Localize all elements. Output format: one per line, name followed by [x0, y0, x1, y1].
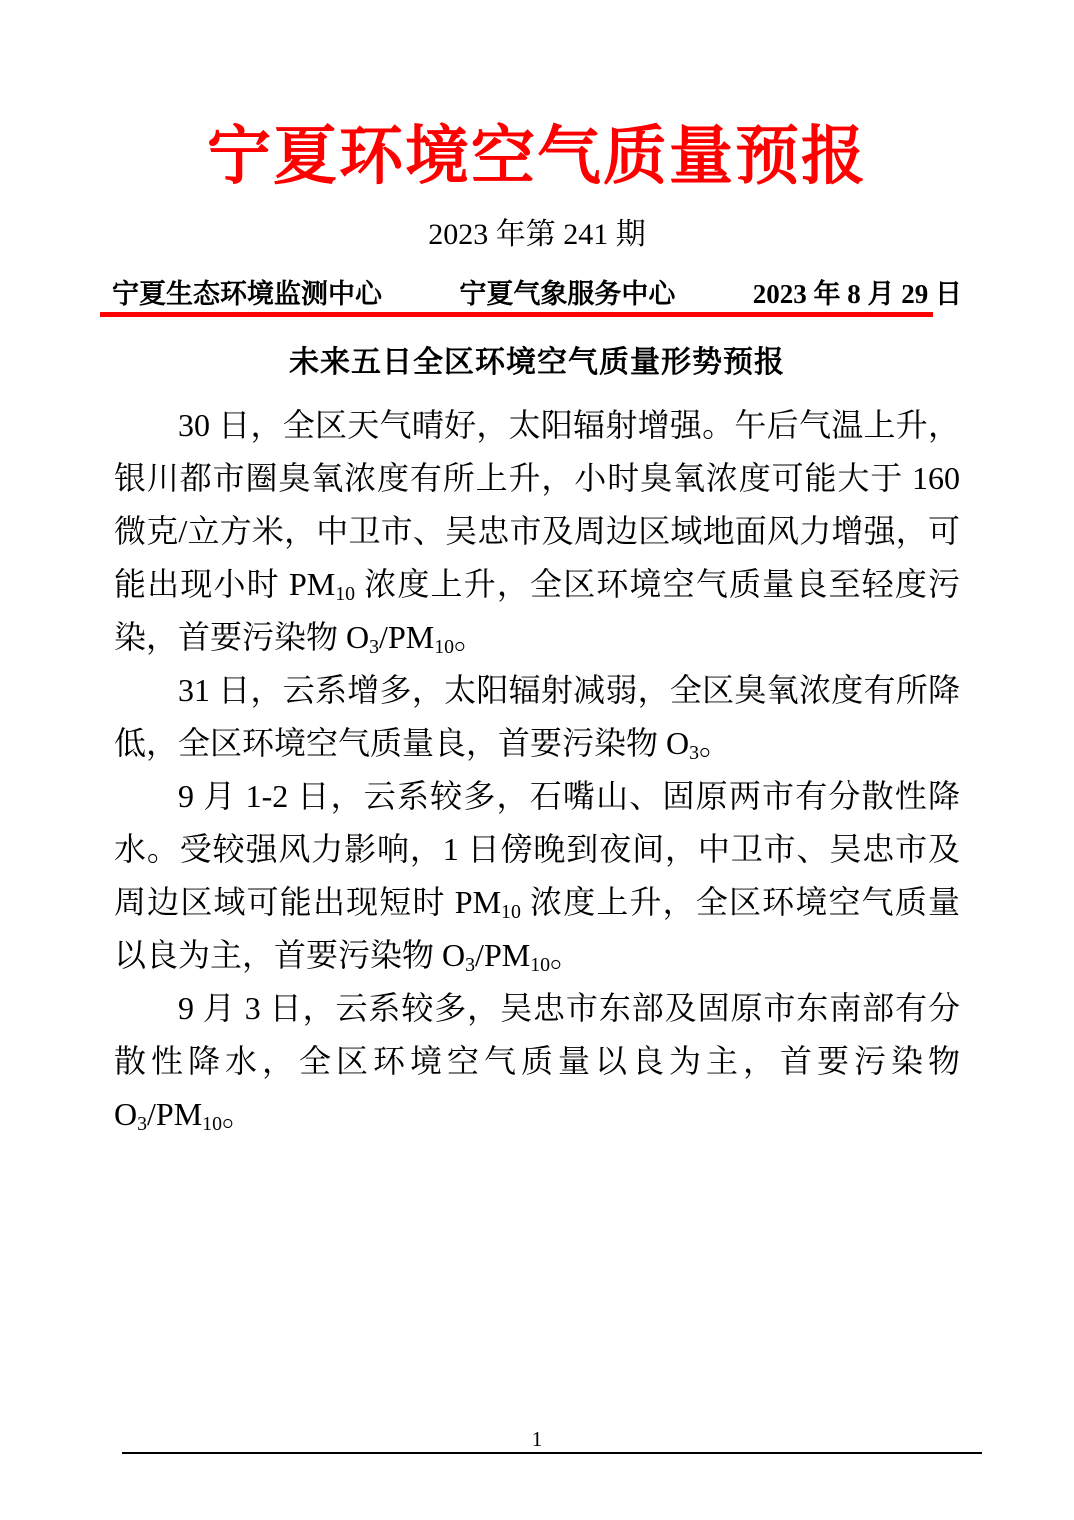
masthead-red-rule: [100, 312, 933, 317]
document-page: 宁夏环境空气质量预报 2023 年第 241 期 宁夏生态环境监测中心 宁夏气象…: [0, 0, 1074, 1520]
masthead-row: 宁夏生态环境监测中心 宁夏气象服务中心 2023 年 8 月 29 日: [112, 278, 962, 310]
document-title: 宁夏环境空气质量预报: [0, 120, 1074, 194]
body-paragraph: 30 日，全区天气晴好，太阳辐射增强。午后气温上升，银川都市圈臭氧浓度有所上升，…: [114, 399, 960, 664]
body-paragraph: 9 月 3 日，云系较多，吴忠市东部及固原市东南部有分散性降水，全区环境空气质量…: [114, 982, 960, 1141]
issuing-org-left: 宁夏生态环境监测中心: [112, 278, 382, 310]
body-paragraph: 31 日，云系增多，太阳辐射减弱，全区臭氧浓度有所降低，全区环境空气质量良，首要…: [114, 664, 960, 770]
forecast-body: 30 日，全区天气晴好，太阳辐射增强。午后气温上升，银川都市圈臭氧浓度有所上升，…: [114, 399, 960, 1141]
issue-number-line: 2023 年第 241 期: [0, 217, 1074, 253]
section-title: 未来五日全区环境空气质量形势预报: [0, 344, 1074, 382]
body-paragraph: 9 月 1-2 日，云系较多，石嘴山、固原两市有分散性降水。受较强风力影响，1 …: [114, 770, 960, 982]
page-number: 1: [0, 1427, 1074, 1452]
issue-date: 2023 年 8 月 29 日: [753, 278, 962, 310]
footer-rule: [122, 1452, 982, 1454]
issuing-org-right: 宁夏气象服务中心: [459, 278, 675, 310]
